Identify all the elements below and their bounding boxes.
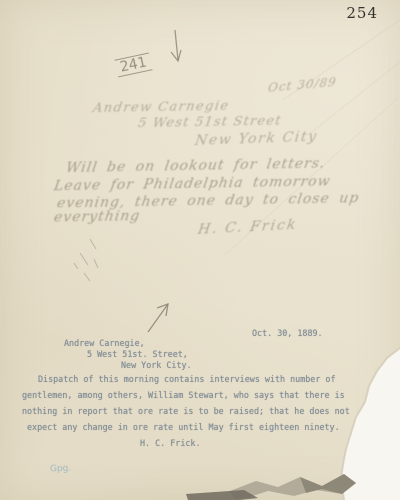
- scanned-letter-page: 254 241 Oct 30/89 Andrew Carnegie 5 West…: [0, 0, 400, 500]
- handwritten-recipient-name: Andrew Carnegie: [92, 99, 231, 116]
- blue-pencil-initials: Gpg.: [50, 464, 72, 475]
- typed-signature: H. C. Frick.: [140, 438, 201, 448]
- typed-recipient-street: 5 West 51st. Street,: [87, 349, 188, 359]
- typed-body-line: gentlemen, among others, William Stewart…: [22, 390, 345, 400]
- typed-body-line: expect any change in ore rate until May …: [27, 422, 340, 432]
- page-number: 254: [346, 4, 378, 22]
- handwritten-recipient-street: 5 West 51st Street: [137, 114, 283, 132]
- handwritten-body-line: everything: [53, 208, 142, 226]
- typed-date: Oct. 30, 1889.: [252, 328, 323, 338]
- typed-recipient-city: New York City.: [121, 360, 192, 370]
- typed-body-line: Dispatch of this morning contains interv…: [38, 374, 336, 384]
- typed-body-line: nothing in report that ore rate is to be…: [22, 406, 350, 416]
- typed-recipient-name: Andrew Carnegie,: [64, 338, 145, 348]
